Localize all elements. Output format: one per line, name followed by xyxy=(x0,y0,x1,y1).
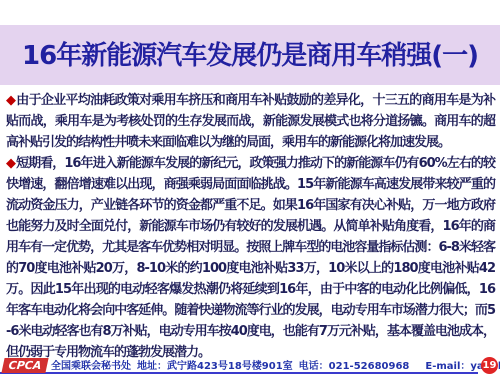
paragraph-text: 短期看，16年进入新能源车发展的新纪元，政策强力推动下的新能源车仍有60%左右的… xyxy=(6,156,495,360)
paragraph-text: 由于企业平均油耗政策对乘用车挤压和商用车补贴鼓励的差异化，十三五的商用车是为补贴… xyxy=(6,93,495,150)
slide-title: 16年新能源汽车发展仍是商用车稍强(一) xyxy=(0,25,500,85)
diamond-bullet-icon: ◆ xyxy=(6,93,16,108)
paragraph: ◆由于企业平均油耗政策对乘用车挤压和商用车补贴鼓励的差异化，十三五的商用车是为补… xyxy=(6,90,495,153)
diamond-bullet-icon: ◆ xyxy=(6,156,16,171)
paragraph: ◆短期看，16年进入新能源车发展的新纪元，政策强力推动下的新能源车仍有60%左右… xyxy=(6,153,495,363)
footer-divider-line xyxy=(0,372,478,374)
slide-body: ◆由于企业平均油耗政策对乘用车挤压和商用车补贴鼓励的差异化，十三五的商用车是为补… xyxy=(6,90,495,363)
presentation-slide: 16年新能源汽车发展仍是商用车稍强(一) ◆由于企业平均油耗政策对乘用车挤压和商… xyxy=(0,0,500,375)
title-banner: 16年新能源汽车发展仍是商用车稍强(一) xyxy=(0,25,500,85)
